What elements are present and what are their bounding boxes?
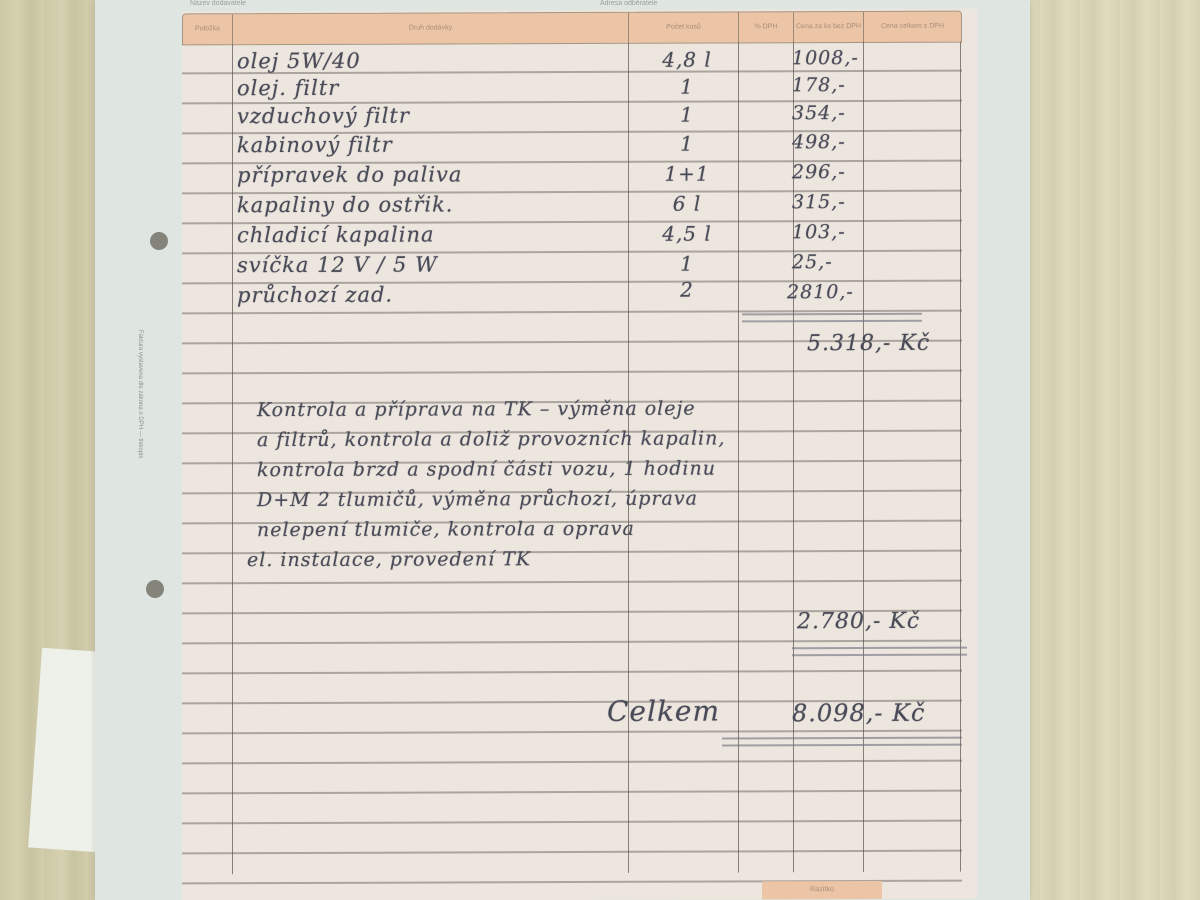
item-price: 25,- [792, 251, 833, 273]
labor-underline [792, 647, 967, 657]
customer-label: Adresa odběratele [600, 0, 657, 7]
col-total-price: Cena celkem s DPH [864, 12, 961, 42]
column-rule [960, 42, 961, 872]
item-quantity: 1 [632, 74, 742, 98]
item-description: kabinový filtr [237, 133, 393, 158]
item-quantity: 4,8 l [632, 47, 742, 71]
work-description-line: el. instalace, provedení TK [247, 548, 531, 571]
row-rule [182, 580, 962, 585]
work-description-line: D+M 2 tlumičů, výměna průchozí, úprava [257, 488, 698, 512]
col-vat: % DPH [739, 12, 794, 42]
item-price: 1008,- [792, 47, 859, 69]
row-rule [182, 640, 962, 645]
item-description: chladicí kapalina [237, 223, 435, 248]
supplier-label: Název dodavatele [190, 0, 246, 7]
work-description-line: kontrola brzd a spodní části vozu, 1 hod… [257, 458, 716, 482]
col-quantity: Počet kusů [629, 12, 739, 42]
item-description: kapaliny do ostřik. [237, 192, 453, 217]
work-description-line: Kontrola a příprava na TK – výměna oleje [257, 398, 696, 422]
item-price: 354,- [792, 102, 846, 124]
item-quantity: 2 [632, 277, 742, 301]
row-rule [182, 790, 962, 795]
item-quantity: 6 l [632, 191, 742, 215]
invoice-form: Položka Druh dodávky Počet kusů % DPH Ce… [182, 9, 977, 900]
labor-total: 2.780,- Kč [797, 609, 920, 634]
item-description: přípravek do paliva [237, 162, 462, 187]
parts-total: 5.318,- Kč [807, 331, 930, 356]
work-description-line: a filtrů, kontrola a doliž provozních ka… [257, 427, 725, 451]
item-quantity: 1 [632, 251, 742, 275]
item-price: 2810,- [787, 281, 854, 303]
row-rule [182, 670, 962, 675]
item-description: olej 5W/40 [237, 49, 361, 73]
grand-total-label: Celkem [607, 695, 720, 728]
col-description: Druh dodávky [233, 13, 629, 44]
wooden-table-right [1000, 0, 1200, 900]
item-quantity: 1 [632, 102, 742, 126]
work-description-line: nelepení tlumiče, kontrola a oprava [257, 518, 635, 541]
item-quantity: 4,5 l [632, 221, 742, 245]
stamp-tab: Razítko [762, 881, 882, 899]
item-price: 296,- [792, 161, 846, 183]
row-rule [182, 760, 962, 765]
item-description: svíčka 12 V / 5 W [237, 252, 438, 277]
row-rule [182, 370, 962, 375]
column-rule [863, 42, 864, 872]
item-price: 178,- [792, 74, 846, 96]
item-description: olej. filtr [237, 76, 339, 100]
item-quantity: 1+1 [632, 161, 742, 185]
subtotal-underline [742, 313, 922, 323]
column-rule [232, 44, 233, 874]
row-rule [182, 730, 962, 735]
item-price: 103,- [792, 221, 846, 243]
grand-total-underline [722, 737, 962, 747]
item-description: průchozí zad. [237, 283, 393, 308]
item-quantity: 1 [632, 131, 742, 155]
grand-total-value: 8.098,- Kč [792, 699, 925, 727]
margin-print-text: Faktura vystavena dle zákona o DPH — tis… [130, 330, 144, 600]
row-rule [182, 820, 962, 825]
item-description: vzduchový filtr [237, 104, 410, 129]
row-rule [182, 850, 962, 855]
col-item-number: Položka [183, 14, 233, 44]
punch-hole-icon [146, 580, 164, 598]
item-price: 498,- [792, 131, 846, 153]
col-unit-price: Cena za ks bez DPH [794, 12, 864, 42]
item-price: 315,- [792, 191, 846, 213]
table-header: Položka Druh dodávky Počet kusů % DPH Ce… [182, 11, 962, 46]
punch-hole-icon [150, 232, 168, 250]
